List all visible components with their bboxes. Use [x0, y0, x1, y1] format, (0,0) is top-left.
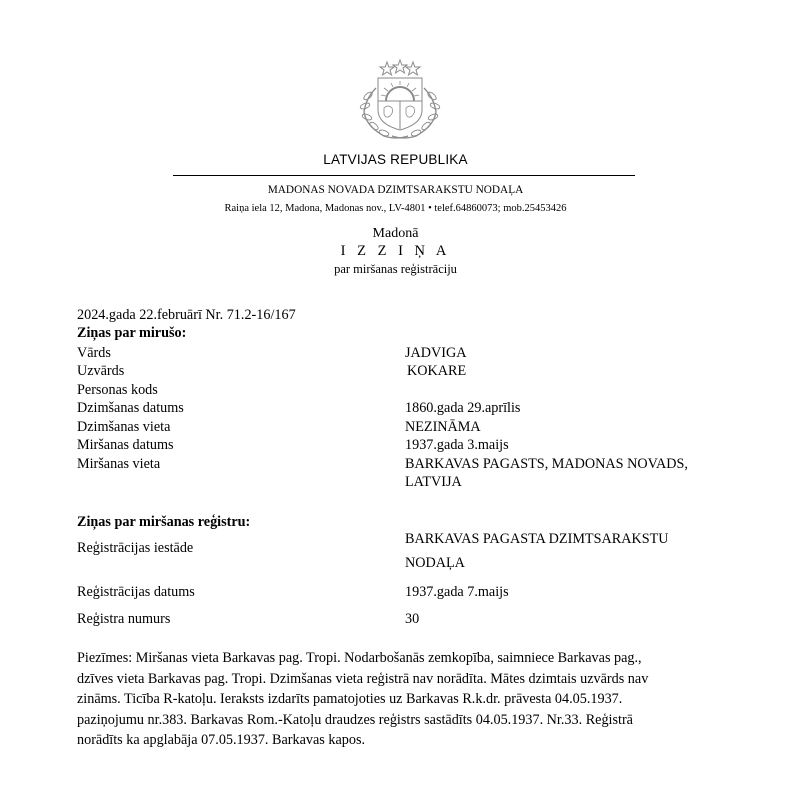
field-label-registration-office: Reģistrācijas iestāde: [77, 539, 193, 557]
field-value-registration-office-line2: NODAĻA: [405, 554, 465, 572]
register-heading: Ziņas par miršanas reģistru:: [77, 513, 250, 531]
notes-line: paziņojumu nr.383. Barkavas Rom.-Katoļu …: [77, 710, 737, 731]
country-name: LATVIJAS REPUBLIKA: [0, 152, 791, 167]
office-name: MADONAS NOVADA DZIMTSARAKSTU NODAĻA: [0, 184, 791, 196]
notes-line: Piezīmes: Miršanas vieta Barkavas pag. T…: [77, 648, 737, 669]
field-label-birth-date: Dzimšanas datums: [77, 399, 184, 417]
field-value-registration-date: 1937.gada 7.maijs: [405, 583, 509, 601]
document-title: I Z Z I Ņ A: [0, 243, 791, 260]
field-value-death-date: 1937.gada 3.maijs: [405, 436, 509, 454]
field-value-death-place: BARKAVAS PAGASTS, MADONAS NOVADS,: [405, 455, 688, 473]
field-label-death-date: Miršanas datums: [77, 436, 174, 454]
notes-paragraph: Piezīmes: Miršanas vieta Barkavas pag. T…: [77, 648, 737, 751]
field-label-register-number: Reģistra numurs: [77, 610, 170, 628]
date-and-number: 2024.gada 22.februārī Nr. 71.2-16/167: [77, 306, 296, 324]
field-label-birth-place: Dzimšanas vieta: [77, 418, 170, 436]
issue-place: Madonā: [0, 226, 791, 242]
notes-line: zināms. Ticība R-katoļu. Ieraksts izdarī…: [77, 689, 737, 710]
field-value-birth-date: 1860.gada 29.aprīlis: [405, 399, 520, 417]
field-value-death-place-line2: LATVIJA: [405, 473, 462, 491]
coat-of-arms-icon: [356, 58, 444, 140]
notes-line: dzīves vieta Barkavas pag. Tropi. Dzimša…: [77, 669, 737, 690]
field-value-register-number: 30: [405, 610, 419, 628]
field-label-first-name: Vārds: [77, 344, 111, 362]
field-value-birth-place: NEZINĀMA: [405, 418, 481, 436]
field-label-registration-date: Reģistrācijas datums: [77, 583, 195, 601]
document-subtitle: par miršanas reģistrāciju: [0, 262, 791, 277]
notes-line: norādīts ka apglabāja 07.05.1937. Barkav…: [77, 730, 737, 751]
field-label-death-place: Miršanas vieta: [77, 455, 160, 473]
field-label-surname: Uzvārds: [77, 362, 124, 380]
office-address: Raiņa iela 12, Madona, Madonas nov., LV-…: [0, 203, 791, 214]
header-divider: [173, 175, 635, 176]
field-value-surname: KOKARE: [407, 362, 466, 380]
deceased-heading: Ziņas par mirušo:: [77, 324, 186, 342]
field-value-first-name: JADVIGA: [405, 344, 466, 362]
field-label-personal-code: Personas kods: [77, 381, 158, 399]
field-value-registration-office: BARKAVAS PAGASTA DZIMTSARAKSTU: [405, 530, 669, 548]
